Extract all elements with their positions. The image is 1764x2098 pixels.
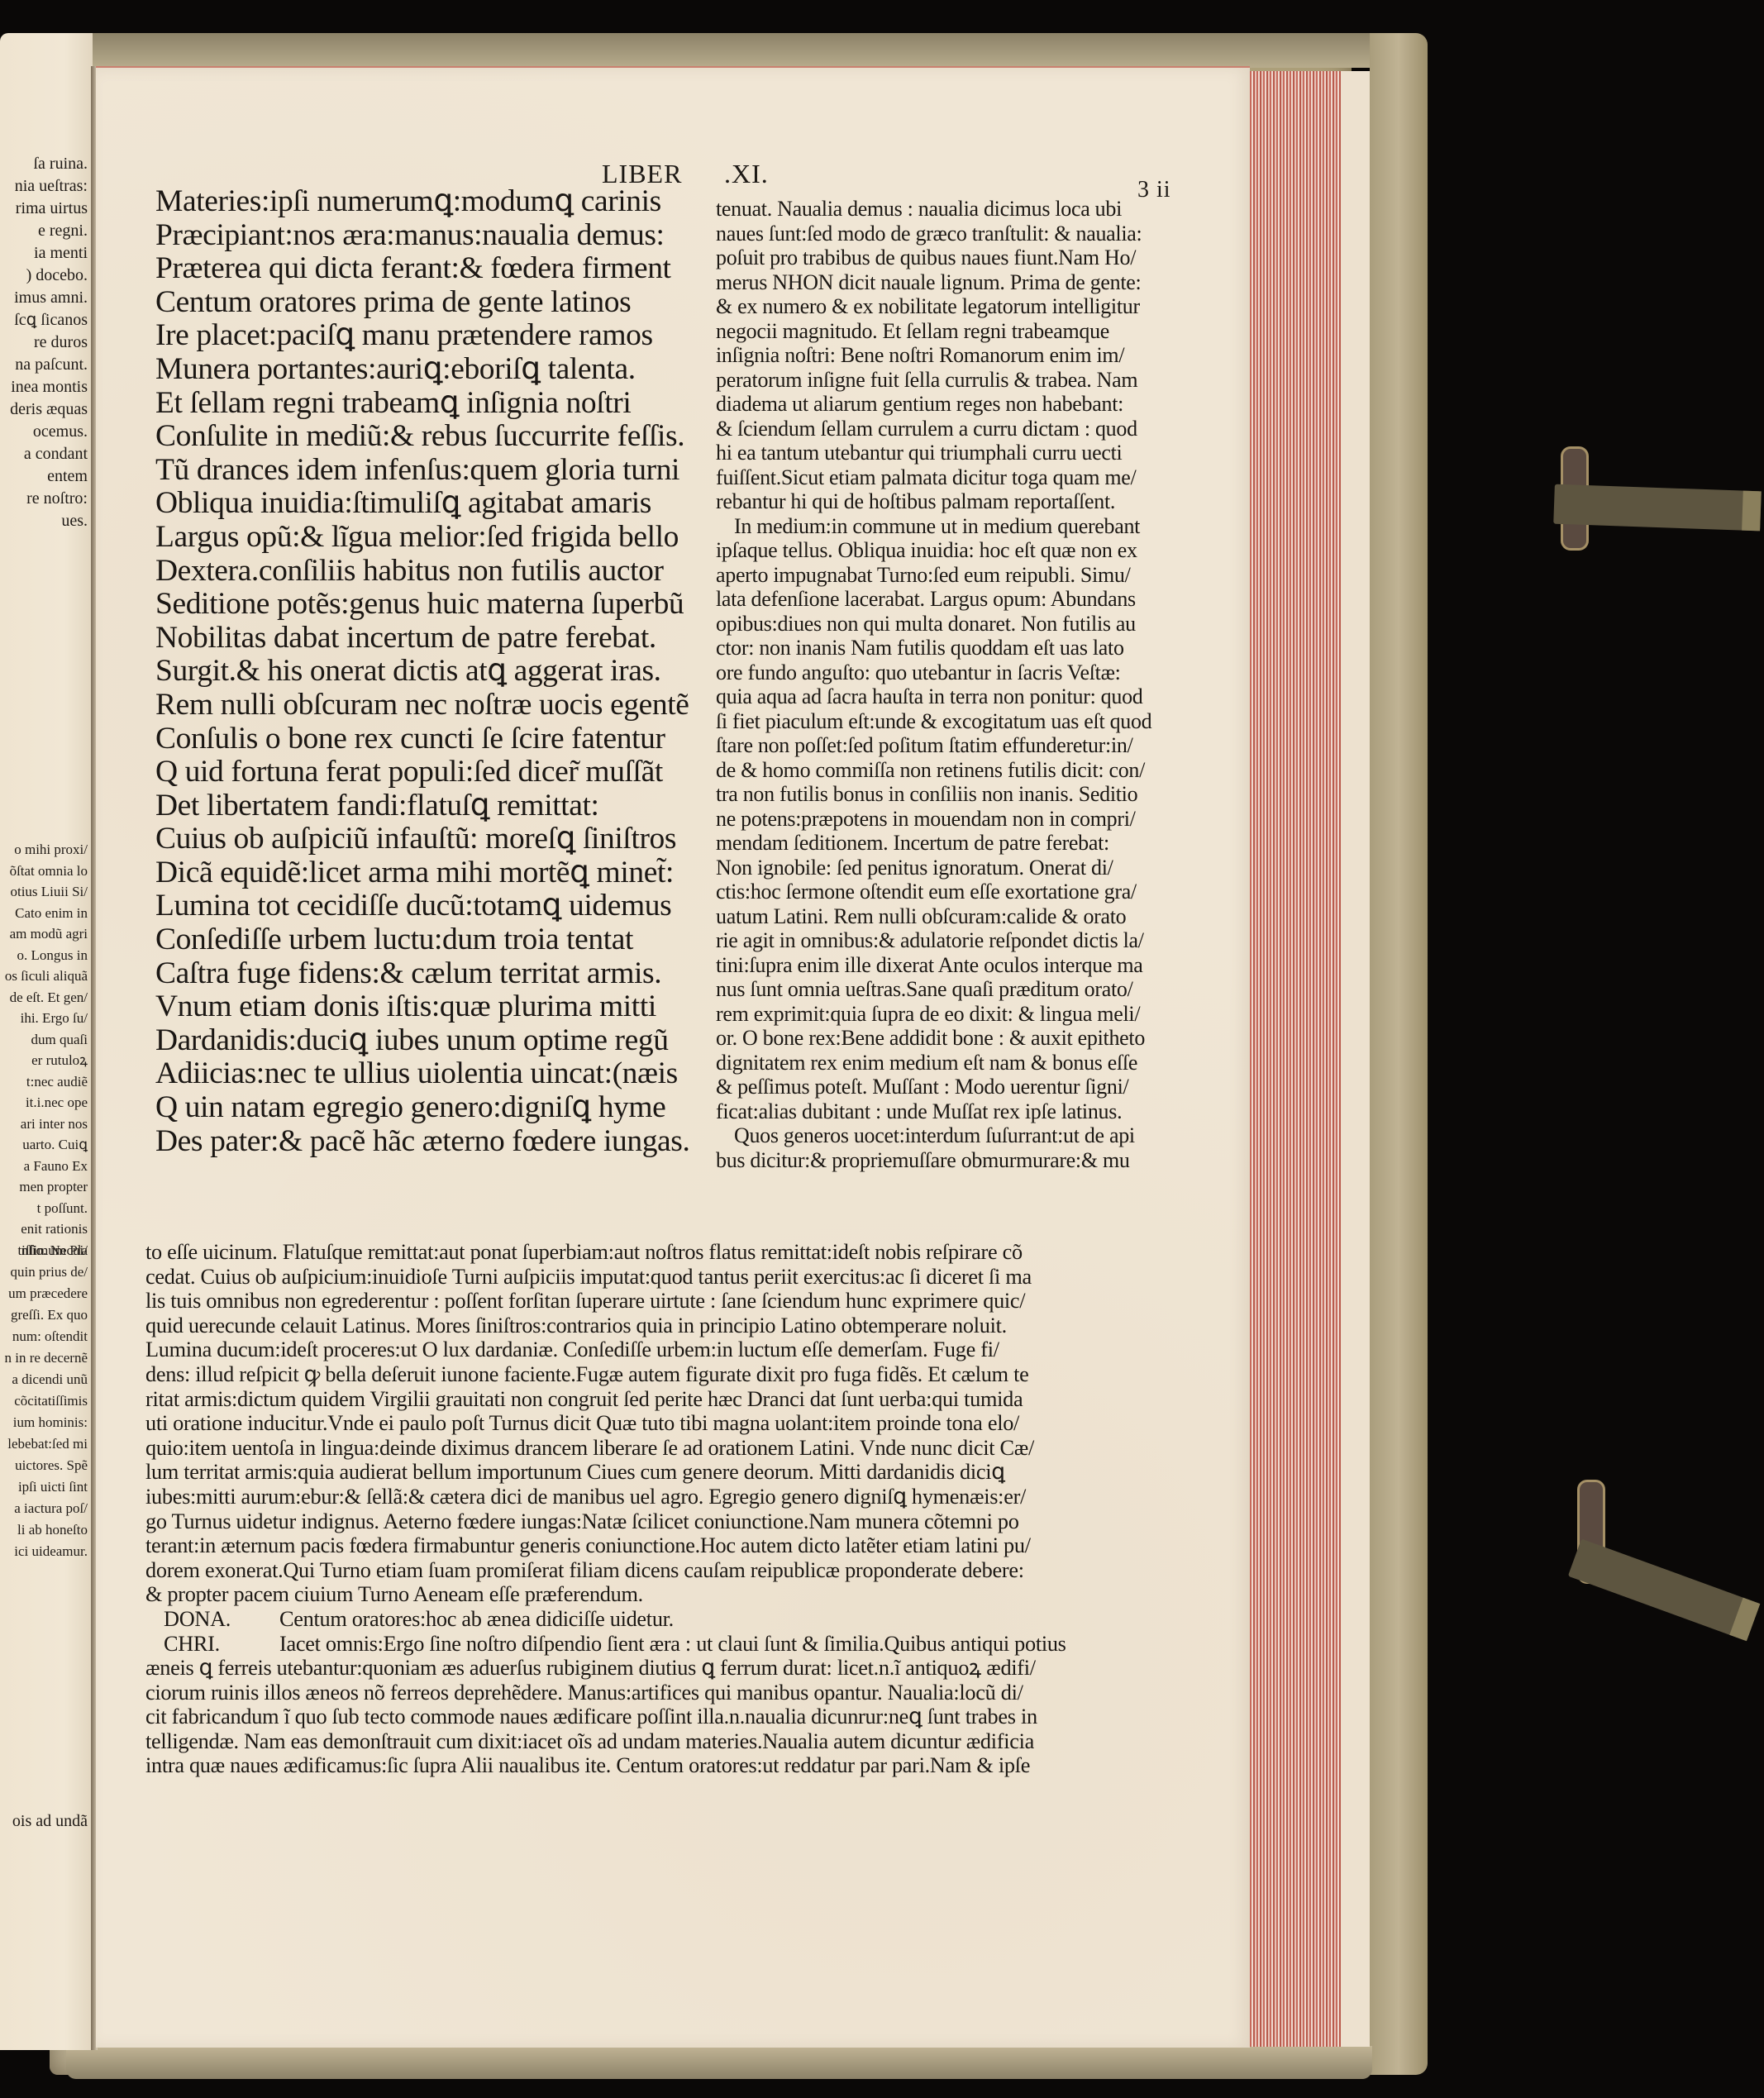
left-page-line: li ab honeſto [4, 1519, 93, 1541]
commentary-line: or. O bone rex:Bene addidit bone : & aux… [716, 1026, 1268, 1051]
left-page-line: quin prius de/ [4, 1261, 93, 1283]
left-page-line: n in re decernẽ [4, 1347, 93, 1369]
verse-line: Rem nulli obſcuram nec noſtræ uocis egen… [155, 689, 751, 722]
commentary-line: bus dicitur:& propriemuſſare obmurmurare… [716, 1148, 1268, 1173]
verse-line: Adiicias:nec te ullius uiolentia uincat:… [155, 1057, 751, 1091]
commentary-text: & propter pacem ciuium Turno Aeneam eſſe… [145, 1582, 643, 1606]
left-page-line: ois ad undã [12, 1810, 93, 1833]
commentary-line: ritat armis:dictum quidem Virgilii graui… [145, 1387, 1266, 1412]
left-page-line: a Fauno Ex [5, 1156, 93, 1177]
commentary-line: poſuit pro trabibus de quibus naues fiun… [716, 246, 1268, 270]
commentary-text: quid uerecunde celauit Latinus. Mores ſi… [145, 1314, 1007, 1337]
left-page-commentary-fragments: o mihi proxi/õſtat omnia lootius Liuii S… [5, 839, 93, 1261]
left-page-line: ocemus. [10, 421, 93, 443]
commentary-text: ritat armis:dictum quidem Virgilii graui… [145, 1387, 1023, 1411]
left-page-verse-fragments: ſa ruina.nia ueſtras:rima uirtuse regni.… [10, 153, 93, 532]
commentary-text: lis tuis omnibus non egrederentur : poſſ… [145, 1289, 1025, 1313]
commentary-text: lum territat armis:quia audierat bellum … [145, 1460, 1005, 1484]
commentary-line: cedat. Cuius ob auſpicium:inuidioſe Turn… [145, 1265, 1266, 1290]
commentary-line: de & homo commiſſa non retinens futilis … [716, 758, 1268, 783]
left-page-line: t poſſunt. [5, 1198, 93, 1219]
commentary-line: & ex numero & ex nobilitate legatorum in… [716, 294, 1268, 319]
left-page-line: tiſſimum Pla [4, 1240, 93, 1261]
binding-head-edge [50, 33, 1389, 68]
left-page-line: a condant [10, 443, 93, 465]
commentary-text: Iacet omnis:Ergo ſine noſtro diſpendio ſ… [279, 1632, 1066, 1656]
verse-line: Lumina tot cecidiſſe ducũ:totamꝗ uidemus [155, 889, 751, 923]
verse-line: Surgit.& his onerat dictis atꝗ aggerat i… [155, 655, 751, 689]
commentary-text: uti oratione inducitur.Vnde ei paulo poſ… [145, 1411, 1019, 1435]
commentary-line: mendam ſeditionem. Incertum de patre fer… [716, 831, 1268, 856]
commentary-line: hi ea tantum utebantur qui triumphali cu… [716, 441, 1268, 465]
commentary-line: uatum Latini. Rem nulli obſcuram:calide … [716, 904, 1268, 929]
verse-line: Materies:ipſi numerumꝗ:modumꝗ carinis [155, 185, 751, 219]
verse-line: Præterea qui dicta ferant:& fœdera firme… [155, 252, 751, 286]
left-page-line: ues. [10, 510, 93, 532]
commentary-line: uti oratione inducitur.Vnde ei paulo poſ… [145, 1411, 1266, 1436]
commentary-line: tra non futilis bonus in conſiliis non i… [716, 782, 1268, 807]
left-page-line: er rutuloꝝ [5, 1050, 93, 1071]
left-page-line: num: oſtendit [4, 1326, 93, 1347]
verse-line: Conſulite in mediũ:& rebus ſuccurrite fe… [155, 420, 751, 454]
verse-line: Q uin natam egregio genero:digniſꝗ hyme [155, 1091, 751, 1125]
commentary-text: go Turnus uidetur indignus. Aeterno fœde… [145, 1509, 1019, 1533]
commentary-line: iubes:mitti aurum:ebur:& ſellã:& cætera … [145, 1485, 1266, 1509]
left-page-line: ici uideamur. [4, 1541, 93, 1562]
commentary-line: lata defenſione lacerabat. Largus opum: … [716, 587, 1268, 612]
verse-line: Dardanidis:duciꝗ iubes unum optime regũ [155, 1024, 751, 1058]
commentary-line: quid uerecunde celauit Latinus. Mores ſi… [145, 1314, 1266, 1338]
commentary-text: æneis ꝗ ferreis utebantur:quoniam æs adu… [145, 1656, 1036, 1680]
left-page-line: entem [10, 465, 93, 488]
left-page-line: nia ueſtras: [10, 175, 93, 198]
commentary-line: terant:in æternum pacis fœdera firmabunt… [145, 1533, 1266, 1558]
commentary-line: diadema ut aliarum gentium reges non hab… [716, 392, 1268, 417]
left-page-line: ſa ruina. [10, 153, 93, 175]
commentary-line: Quos generos uocet:interdum ſuſurrant:ut… [716, 1123, 1268, 1148]
commentary-text: ciorum ruinis illos æneos nõ ferreos dep… [145, 1681, 1023, 1705]
commentary-line: & propter pacem ciuium Turno Aeneam eſſe… [145, 1582, 1266, 1607]
verse-line: Centum oratores prima de gente latinos [155, 286, 751, 320]
verse-line: Q uid fortuna ferat populi:ſed dicer̃ mu… [155, 756, 751, 789]
left-page-line: enit rationis [5, 1218, 93, 1240]
commentary-line: ctor: non inanis Nam futilis quoddam eſt… [716, 636, 1268, 660]
commentary-text: dorem exonerat.Qui Turno etiam ſuam prom… [145, 1558, 1024, 1582]
commentary-line: to eſſe uicinum. Flatuſque remittat:aut … [145, 1240, 1266, 1265]
commentary-line: tini:ſupra enim ille dixerat Ante oculos… [716, 953, 1268, 978]
commentary-line: Lumina ducum:ideſt proceres:ut O lux dar… [145, 1337, 1266, 1362]
commentary-text: to eſſe uicinum. Flatuſque remittat:aut … [145, 1240, 1023, 1264]
verse-line: Dicã equidẽ:licet arma mihi mortẽꝗ minet… [155, 856, 751, 890]
binding-tail-edge [66, 2046, 1372, 2079]
commentary-line: naues ſunt:ſed modo de græco tranſtulit:… [716, 222, 1268, 246]
commentary-line: ctis:hoc ſermone oſtendit eum eſſe exort… [716, 880, 1268, 904]
verse-line: Largus opũ:& lĩgua melior:ſed frigida be… [155, 521, 751, 555]
left-page-line: uarto. Cuiꝗ [5, 1134, 93, 1156]
red-fore-edge [1250, 71, 1341, 2047]
commentary-text: Centum oratores:hoc ab ænea didiciſſe ui… [279, 1607, 674, 1631]
commentary-text: dens: illud reſpicit ꝙ bella deſeruit iu… [145, 1362, 1028, 1386]
commentary-text: intra quæ naues ædificamus:ſic ſupra Ali… [145, 1753, 1030, 1777]
commentary-line: intra quæ naues ædificamus:ſic ſupra Ali… [145, 1753, 1266, 1778]
left-page-line: o mihi proxi/ [5, 839, 93, 861]
left-page-line: re duros [10, 331, 93, 354]
commentary-line: peratorum inſigne fuit ſella currulis & … [716, 368, 1268, 393]
left-page-line: de eſt. Et gen/ [5, 987, 93, 1008]
verse-line: Et ſellam regni trabeamꝗ inſignia noſtri [155, 387, 751, 421]
verse-line: Munera portantes:auriꝗ:eboriſꝗ talenta. [155, 353, 751, 387]
recto-page: LIBER .XI. 3 ii Materies:ipſi numerumꝗ:m… [96, 66, 1250, 2048]
left-page-line: uictores. Spẽ [4, 1455, 93, 1476]
commentary-text: cedat. Cuius ob auſpicium:inuidioſe Turn… [145, 1265, 1032, 1289]
clasp-lower [1568, 1538, 1761, 1641]
commentary-line: ficat:alias dubitant : unde Muſſat rex i… [716, 1099, 1268, 1124]
commentary-line: ne potens:præpotens in mouendam non in c… [716, 807, 1268, 832]
left-page-line: inea montis [10, 376, 93, 398]
left-page-line: ſcꝗ ſicanos [10, 309, 93, 331]
commentator-label: DONA. [145, 1607, 279, 1632]
commentary-line: ore fundo anguſto: quo utebantur in ſacr… [716, 660, 1268, 685]
left-page-line: e regni. [10, 220, 93, 242]
left-page-line: men propter [5, 1176, 93, 1198]
commentary-text: telligendæ. Nam eas demonſtrauit cum dix… [145, 1729, 1034, 1753]
clasp-tip-icon [1729, 1598, 1760, 1642]
commentary-line: & peſſimus poteſt. Muſſant : Modo uerent… [716, 1075, 1268, 1099]
commentary-line: merus NHON dicit nauale lignum. Prima de… [716, 270, 1268, 295]
commentary-line: ſi fiet piaculum eſt:unde & excogitatum … [716, 709, 1268, 734]
commentary-text: Lumina ducum:ideſt proceres:ut O lux dar… [145, 1337, 999, 1361]
verse-line: Tũ drances idem infenſus:quem gloria tur… [155, 454, 751, 488]
left-page-line: deris æquas [10, 398, 93, 421]
verse-line: Conſulis o bone rex cuncti ſe ſcire fate… [155, 722, 751, 756]
commentator-label: CHRI. [145, 1632, 279, 1657]
left-page-line: o. Longus in [5, 945, 93, 966]
commentary-line: tenuat. Naualia demus : naualia dicimus … [716, 197, 1268, 222]
commentary-line: nus ſunt omnia ueſtras.Sane quaſi prædit… [716, 977, 1268, 1002]
commentary-line: æneis ꝗ ferreis utebantur:quoniam æs adu… [145, 1656, 1266, 1681]
verse-line: Cuius ob auſpiciũ infauſtũ: moreſꝗ ſiniſ… [155, 823, 751, 856]
left-page-line: re noſtro: [10, 488, 93, 510]
verse-line: Conſediſſe urbem luctu:dum troia tentat [155, 923, 751, 957]
verse-line: Nobilitas dabat incertum de patre fereba… [155, 622, 751, 656]
commentary-text: cit fabricandum ĩ quo ſub tecto commode … [145, 1705, 1037, 1728]
left-page-verso: ſa ruina.nia ueſtras:rima uirtuse regni.… [0, 33, 93, 2050]
left-page-line: um præcedere [4, 1283, 93, 1304]
commentary-line: telligendæ. Nam eas demonſtrauit cum dix… [145, 1729, 1266, 1754]
left-page-line: rima uirtus [10, 198, 93, 220]
left-page-line: lebebat:ſed mi [4, 1433, 93, 1455]
verse-line: Dextera.conſiliis habitus non futilis au… [155, 555, 751, 589]
left-page-line: t:nec audiẽ [5, 1071, 93, 1093]
commentary-text: iubes:mitti aurum:ebur:& ſellã:& cætera … [145, 1485, 1026, 1509]
verse-line: Obliqua inuidia:ſtimuliſꝗ agitabat amari… [155, 487, 751, 521]
commentary-line: rem exprimit:quia ſupra de eo dixit: & l… [716, 1002, 1268, 1027]
left-page-line: imus amni. [10, 287, 93, 309]
clasp-tip-icon [1742, 491, 1762, 532]
commentary-line: ſtare non poſſet:ſed poſitum ſtatim effu… [716, 733, 1268, 758]
commentary-line: fuiſſent.Sicut etiam palmata dicitur tog… [716, 465, 1268, 490]
commentary-line: DONA.Centum oratores:hoc ab ænea didiciſ… [145, 1607, 1266, 1632]
commentary-line: ipſaque tellus. Obliqua inuidia: hoc eſt… [716, 538, 1268, 563]
left-page-line: ipſi uicti ſint [4, 1476, 93, 1498]
left-page-bottom-fragment: ois ad undã [12, 1810, 93, 1833]
left-page-commentary-fragments-lower: tiſſimum Plaquin prius de/um præcederegr… [4, 1240, 93, 1562]
commentary-column: tenuat. Naualia demus : naualia dicimus … [716, 197, 1268, 1172]
left-page-line: greſſi. Ex quo [4, 1304, 93, 1326]
verse-line: Det libertatem fandi:flatuſꝗ remittat: [155, 789, 751, 823]
left-page-line: ium hominis: [4, 1412, 93, 1433]
verse-line: Caſtra fuge fidens:& cælum territat armi… [155, 957, 751, 991]
commentary-line: & ſciendum ſellam currulem a curru dicta… [716, 417, 1268, 441]
commentary-line: inſignia noſtri: Bene noſtri Romanorum e… [716, 343, 1268, 368]
left-page-line: Cato enim in [5, 903, 93, 924]
commentary-line: aperto impugnabat Turno:ſed eum reipubli… [716, 563, 1268, 588]
verse-line: Vnum etiam donis iſtis:quæ plurima mitti [155, 990, 751, 1024]
verse-text-column: Materies:ipſi numerumꝗ:modumꝗ carinisPræ… [155, 185, 751, 1158]
left-page-line: it.i.nec ope [5, 1092, 93, 1113]
commentary-line: Non ignobile: ſed penitus ignoratum. One… [716, 856, 1268, 880]
left-page-line: ari inter nos [5, 1113, 93, 1135]
left-page-line: ihi. Ergo ſu/ [5, 1008, 93, 1029]
left-page-line: os ſiculi aliquã [5, 966, 93, 987]
left-page-line: dum quaſi [5, 1029, 93, 1051]
verse-line: Ire placet:paciſꝗ manu prætendere ramos [155, 319, 751, 353]
commentary-text: terant:in æternum pacis fœdera firmabunt… [145, 1533, 1031, 1557]
left-page-line: cõcitatiſſimis [4, 1390, 93, 1412]
commentary-line: cit fabricandum ĩ quo ſub tecto commode … [145, 1705, 1266, 1729]
verse-line: Des pater:& pacẽ hãc æterno fœdere iunga… [155, 1125, 751, 1159]
left-page-line: ) docebo. [10, 265, 93, 287]
verse-line: Præcipiant:nos æra:manus:naualia demus: [155, 219, 751, 253]
commentary-text: quio:item uentoſa in lingua:deinde dixim… [145, 1436, 1034, 1460]
left-page-line: na paſcunt. [10, 354, 93, 376]
binding-fore-edge-board [1370, 33, 1428, 2075]
verse-line: Seditione potẽs:genus huic materna ſuper… [155, 588, 751, 622]
commentary-line: lum territat armis:quia audierat bellum … [145, 1460, 1266, 1485]
commentary-line: lis tuis omnibus non egrederentur : poſſ… [145, 1289, 1266, 1314]
commentary-line: ciorum ruinis illos æneos nõ ferreos dep… [145, 1681, 1266, 1705]
commentary-line: negocii magnitudo. Et ſellam regni trabe… [716, 319, 1268, 344]
left-page-line: a dicendi unũ [4, 1369, 93, 1390]
left-page-line: am modũ agri [5, 923, 93, 945]
commentary-line: quio:item uentoſa in lingua:deinde dixim… [145, 1436, 1266, 1461]
commentary-line: dens: illud reſpicit ꝙ bella deſeruit iu… [145, 1362, 1266, 1387]
left-page-line: ia menti [10, 242, 93, 265]
commentary-full-width: to eſſe uicinum. Flatuſque remittat:aut … [145, 1240, 1266, 1778]
commentary-line: dorem exonerat.Qui Turno etiam ſuam prom… [145, 1558, 1266, 1583]
commentary-line: go Turnus uidetur indignus. Aeterno fœde… [145, 1509, 1266, 1534]
commentary-line: CHRI.Iacet omnis:Ergo ſine noſtro diſpen… [145, 1632, 1266, 1657]
commentary-line: In medium:in commune ut in medium quereb… [716, 514, 1268, 539]
left-page-line: a iactura poſ/ [4, 1498, 93, 1519]
commentary-line: quia aqua ad ſacra hauſta in terra non p… [716, 684, 1268, 709]
commentary-line: rebantur hi qui de hoſtibus palmam repor… [716, 489, 1268, 514]
commentary-line: rie agit in omnibus:& adulatorie reſpond… [716, 928, 1268, 953]
commentary-line: opibus:diues non qui multa donaret. Non … [716, 612, 1268, 637]
commentary-line: dignitatem rex enim medium eſt nam & bon… [716, 1051, 1268, 1075]
left-page-line: õſtat omnia lo [5, 861, 93, 882]
left-page-line: otius Liuii Si/ [5, 881, 93, 903]
clasp-upper [1553, 484, 1762, 532]
